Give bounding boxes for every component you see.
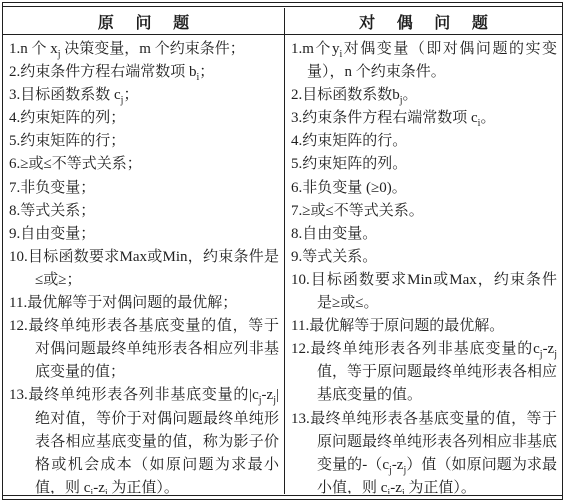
- list-item: 5.约束矩阵的列。: [291, 153, 557, 176]
- list-item: 10.目标函数要求Min或Max，约束条件是≥或≤。: [291, 269, 557, 315]
- list-item: 1.n 个 xj 决策变量，m 个约束条件；: [9, 38, 279, 61]
- list-item: 7.≥或≤不等式关系。: [291, 200, 557, 223]
- list-item: 12.最终单纯形表各列非基底变量的cj-zj值，等于原问题最终单纯形表各相应基底…: [291, 338, 557, 407]
- list-item: 4.约束矩阵的列；: [9, 107, 279, 130]
- list-item: 2.约束条件方程右端常数项 bi；: [9, 61, 279, 84]
- duality-comparison-table: 原 问 题 对 偶 问 题 1.n 个 xj 决策变量，m 个约束条件；2.约束…: [2, 2, 563, 500]
- list-item: 7.非负变量；: [9, 177, 279, 200]
- list-item: 13.最终单纯形表各列非基底变量的|cj-zj|绝对值，等价于对偶问题最终单纯形…: [9, 384, 279, 494]
- column-header-primal: 原 问 题: [3, 8, 284, 35]
- list-item: 5.约束矩阵的行；: [9, 130, 279, 153]
- list-item: 6.≥或≤不等式关系；: [9, 153, 279, 176]
- list-item: 4.约束矩阵的行。: [291, 130, 557, 153]
- list-item: 2.目标函数系数bj。: [291, 84, 557, 107]
- list-item: 6.非负变量 (≥0)。: [291, 177, 557, 200]
- list-item: 13.最终单纯形表各基底变量的值，等于原问题最终单纯形表各列相应非基底变量的-（…: [291, 408, 557, 495]
- list-item: 3.目标函数系数 cj；: [9, 84, 279, 107]
- column-header-dual: 对 偶 问 题: [284, 8, 562, 35]
- list-item: 12.最终单纯形表各基底变量的值，等于对偶问题最终单纯形表各相应列非基底变量的值…: [9, 315, 279, 384]
- list-item: 11.最优解等于对偶问题的最优解；: [9, 292, 279, 315]
- list-item: 8.等式关系；: [9, 200, 279, 223]
- list-item: 1.m个yi对偶变量（即对偶问题的实变量），n 个约束条件。: [291, 38, 557, 84]
- list-item: 11.最优解等于原问题的最优解。: [291, 315, 557, 338]
- list-item: 10.目标函数要求Max或Min，约束条件是≤或≥；: [9, 246, 279, 292]
- list-item: 9.等式关系。: [291, 246, 557, 269]
- list-item: 3.约束条件方程右端常数项 ci。: [291, 107, 557, 130]
- table-grid: 原 问 题 对 偶 问 题 1.n 个 xj 决策变量，m 个约束条件；2.约束…: [3, 8, 562, 494]
- primal-column-cell: 1.n 个 xj 决策变量，m 个约束条件；2.约束条件方程右端常数项 bi；3…: [3, 35, 284, 494]
- list-item: 9.自由变量；: [9, 223, 279, 246]
- dual-column-cell: 1.m个yi对偶变量（即对偶问题的实变量），n 个约束条件。2.目标函数系数bj…: [284, 35, 562, 494]
- list-item: 8.自由变量。: [291, 223, 557, 246]
